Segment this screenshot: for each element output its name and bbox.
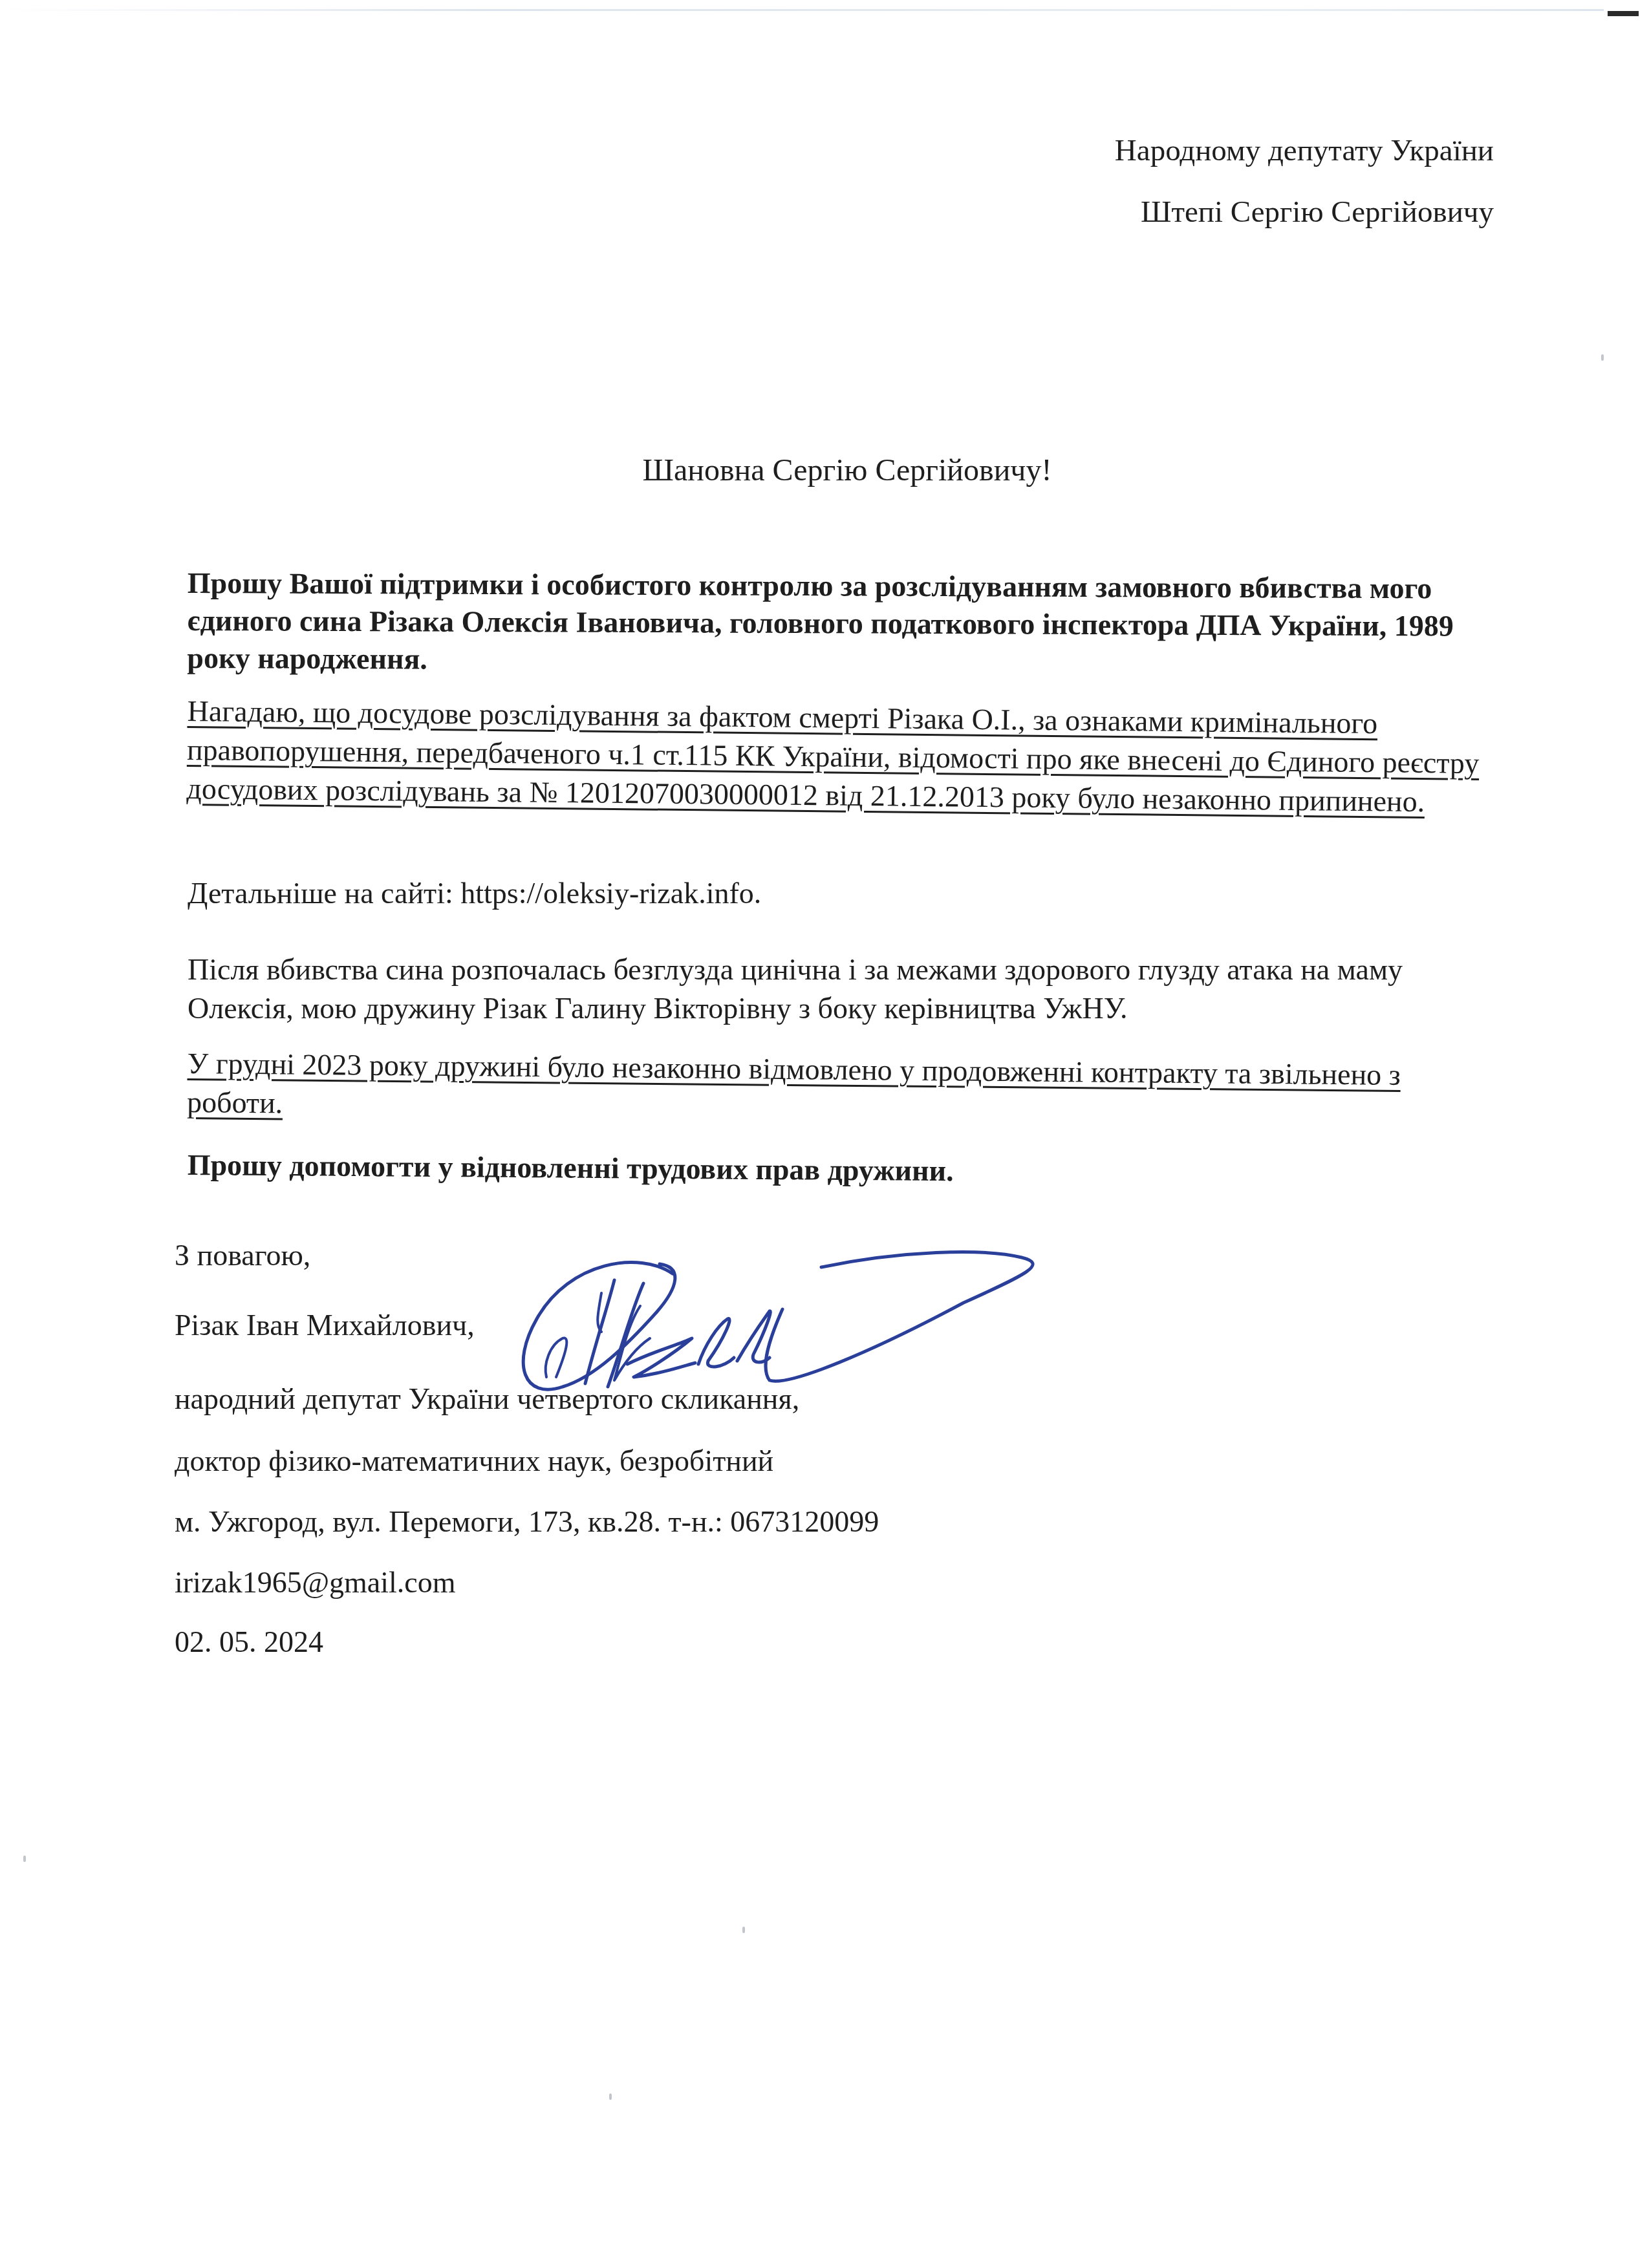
signer-email: irizak1965@gmail.com bbox=[175, 1565, 456, 1599]
paragraph-website: Детальніше на сайті: https://oleksiy-riz… bbox=[188, 874, 1494, 913]
closing-regards: З повагою, bbox=[175, 1238, 310, 1272]
scan-speck bbox=[1601, 354, 1604, 361]
scan-speck bbox=[609, 2093, 612, 2100]
salutation: Шановна Сергію Сергійовичу! bbox=[0, 453, 1649, 488]
addressee-block: Народному депутату України Штепі Сергію … bbox=[1115, 136, 1494, 259]
paragraph-attack: Після вбивства сина розпочалась безглузд… bbox=[188, 950, 1487, 1028]
addressee-line-2: Штепі Сергію Сергійовичу bbox=[1115, 197, 1494, 228]
scan-mark bbox=[1608, 11, 1639, 16]
paragraph-final-request: Прошу допомогти у відновленні трудових п… bbox=[188, 1146, 1494, 1194]
signer-degree: доктор фізико-математичних наук, безробі… bbox=[175, 1444, 773, 1478]
paragraph-dismissal: У грудні 2023 року дружині було незаконн… bbox=[187, 1044, 1403, 1133]
letter-date: 02. 05. 2024 bbox=[175, 1625, 323, 1659]
handwritten-signature bbox=[511, 1248, 1054, 1396]
paragraph-investigation: Нагадаю, що досудове розслідування за фа… bbox=[186, 692, 1500, 822]
addressee-line-1: Народному депутату України bbox=[1115, 136, 1494, 166]
paragraph-request: Прошу Вашої підтримки і особистого контр… bbox=[187, 564, 1487, 683]
signer-address: м. Ужгород, вул. Перемоги, 173, кв.28. т… bbox=[175, 1504, 879, 1539]
scan-speck bbox=[742, 1927, 745, 1933]
scan-speck bbox=[23, 1856, 26, 1862]
scan-edge-artifact bbox=[0, 9, 1604, 11]
signer-name: Різак Іван Михайлович, bbox=[175, 1308, 475, 1342]
